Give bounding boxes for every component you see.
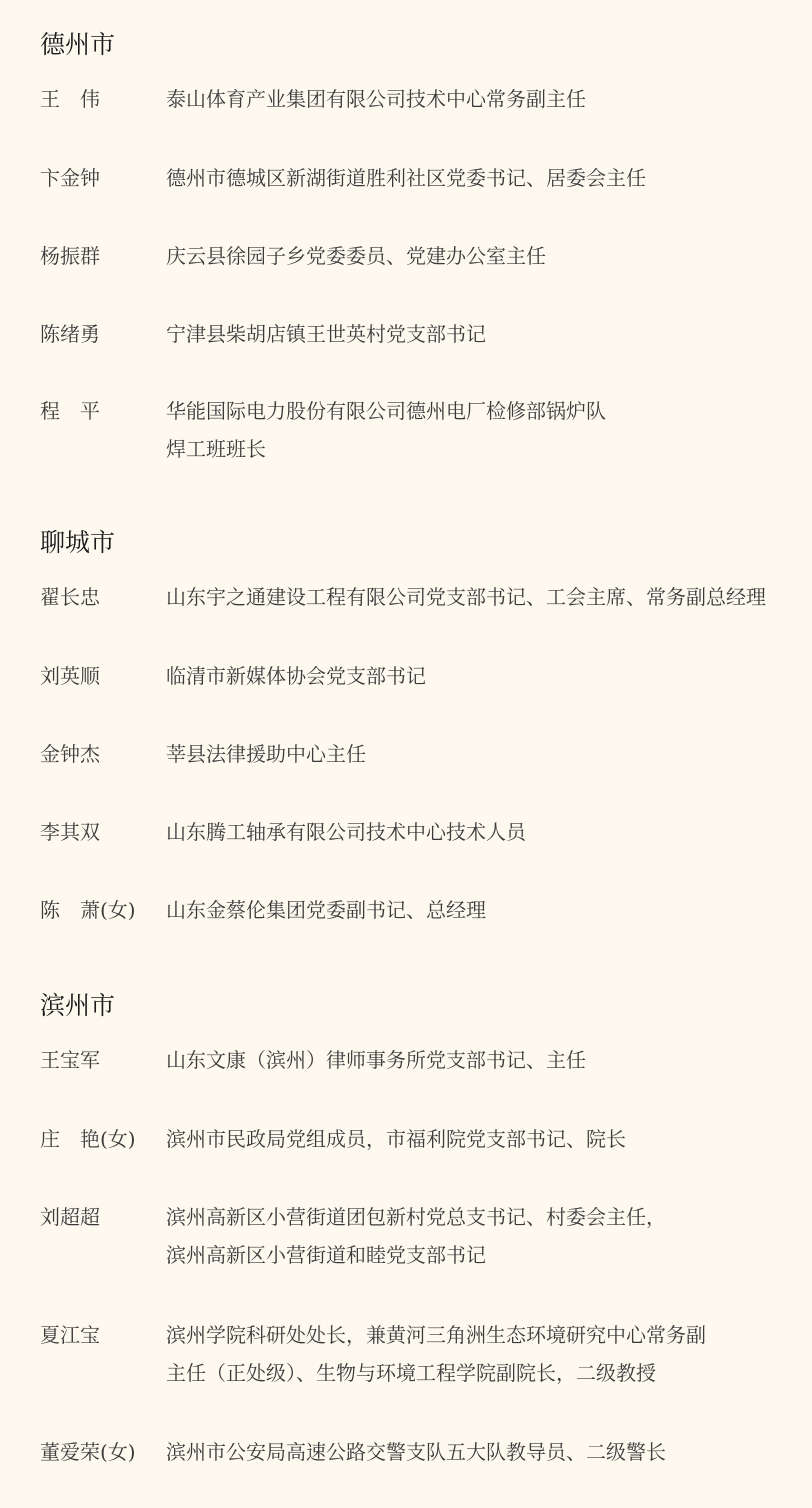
person-title: 滨州高新区小营街道团包新村党总支书记、村委会主任， 滨州高新区小营街道和睦党支部… [166,1198,806,1274]
section-binzhou: 滨州市 王宝军 山东文康（滨州）律师事务所党支部书记、主任 庄 艳(女) 滨州市… [40,989,800,1023]
person-title: 山东宇之通建设工程有限公司党支部书记、工会主席、常务副总经理 [166,578,806,616]
person-name: 陈 萧(女) [40,891,165,929]
title-line: 宁津县柴胡店镇王世英村党支部书记 [166,315,806,353]
title-line: 主任（正处级）、生物与环境工程学院副院长，二级教授 [166,1354,806,1392]
person-name: 金钟杰 [40,735,165,773]
title-line: 焊工班班长 [166,430,806,468]
person-title: 山东金蔡伦集团党委副书记、总经理 [166,891,806,929]
person-title: 华能国际电力股份有限公司德州电厂检修部锅炉队 焊工班班长 [166,392,806,468]
person-name: 程 平 [40,392,165,430]
section-title: 聊城市 [40,526,800,560]
person-name: 陈绪勇 [40,315,165,353]
title-line: 滨州市民政局党组成员，市福利院党支部书记、院长 [166,1120,806,1158]
person-title: 莘县法律援助中心主任 [166,735,806,773]
section-liaocheng: 聊城市 翟长忠 山东宇之通建设工程有限公司党支部书记、工会主席、常务副总经理 刘… [40,526,800,560]
person-title: 滨州市公安局高速公路交警支队五大队教导员、二级警长 [166,1433,806,1471]
person-name: 王宝军 [40,1041,165,1079]
section-title: 滨州市 [40,989,800,1023]
person-name: 董爱荣(女) [40,1433,165,1471]
person-title: 山东文康（滨州）律师事务所党支部书记、主任 [166,1041,806,1079]
title-line: 滨州高新区小营街道团包新村党总支书记、村委会主任， [166,1198,806,1236]
title-line: 山东文康（滨州）律师事务所党支部书记、主任 [166,1041,806,1079]
section-title: 德州市 [40,28,800,62]
title-line: 泰山体育产业集团有限公司技术中心常务副主任 [166,80,806,118]
person-name: 翟长忠 [40,578,165,616]
title-line: 德州市德城区新湖街道胜利社区党委书记、居委会主任 [166,159,806,197]
person-title: 宁津县柴胡店镇王世英村党支部书记 [166,315,806,353]
title-line: 山东金蔡伦集团党委副书记、总经理 [166,891,806,929]
person-name: 夏江宝 [40,1316,165,1354]
person-title: 临清市新媒体协会党支部书记 [166,657,806,695]
title-line: 山东宇之通建设工程有限公司党支部书记、工会主席、常务副总经理 [166,578,806,616]
person-name: 卞金钟 [40,159,165,197]
person-name: 庄 艳(女) [40,1120,165,1158]
person-title: 山东腾工轴承有限公司技术中心技术人员 [166,813,806,851]
person-name: 杨振群 [40,237,165,275]
title-line: 华能国际电力股份有限公司德州电厂检修部锅炉队 [166,392,806,430]
person-name: 李其双 [40,813,165,851]
section-dezhou: 德州市 王 伟 泰山体育产业集团有限公司技术中心常务副主任 卞金钟 德州市德城区… [40,28,800,62]
title-line: 滨州学院科研处处长，兼黄河三角洲生态环境研究中心常务副 [166,1316,806,1354]
person-name: 刘超超 [40,1198,165,1236]
person-title: 庆云县徐园子乡党委委员、党建办公室主任 [166,237,806,275]
title-line: 莘县法律援助中心主任 [166,735,806,773]
title-line: 临清市新媒体协会党支部书记 [166,657,806,695]
person-title: 滨州学院科研处处长，兼黄河三角洲生态环境研究中心常务副 主任（正处级）、生物与环… [166,1316,806,1392]
title-line: 庆云县徐园子乡党委委员、党建办公室主任 [166,237,806,275]
person-title: 德州市德城区新湖街道胜利社区党委书记、居委会主任 [166,159,806,197]
title-line: 滨州市公安局高速公路交警支队五大队教导员、二级警长 [166,1433,806,1471]
person-title: 滨州市民政局党组成员，市福利院党支部书记、院长 [166,1120,806,1158]
person-name: 刘英顺 [40,657,165,695]
person-name: 王 伟 [40,80,165,118]
title-line: 山东腾工轴承有限公司技术中心技术人员 [166,813,806,851]
title-line: 滨州高新区小营街道和睦党支部书记 [166,1236,806,1274]
person-title: 泰山体育产业集团有限公司技术中心常务副主任 [166,80,806,118]
